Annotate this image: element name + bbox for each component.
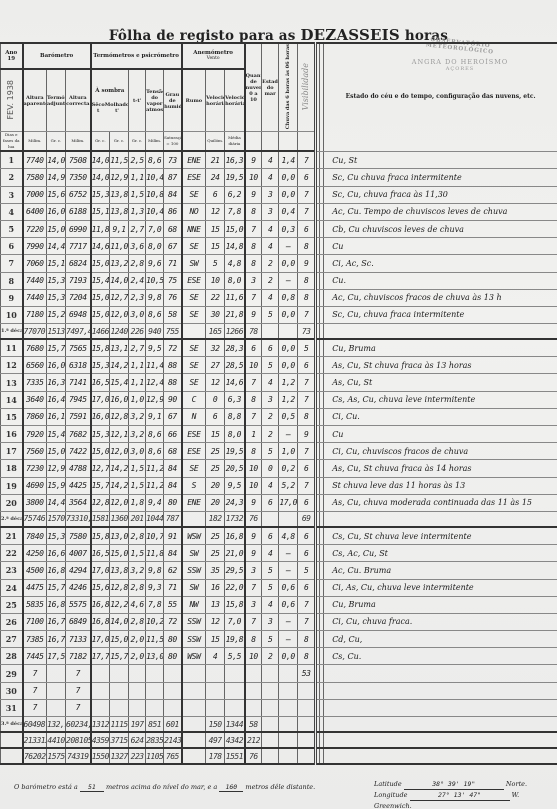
cell-term: 14,4 — [47, 238, 66, 255]
cell-rumo: SE — [182, 186, 206, 203]
cell-mar: 3 — [262, 613, 279, 630]
cell-alt-c: 208105 — [66, 732, 91, 748]
sky-state-remark: Cb, Cu chuviscos leves de chuva — [324, 220, 557, 237]
unit-label: Milím. — [146, 132, 164, 152]
cell-alt-ap: 7335 — [23, 374, 47, 391]
cell-nuv: 7 — [245, 220, 262, 237]
table-row: 297753 — [1, 665, 557, 682]
day-number: 1 — [1, 151, 23, 169]
cell-chuva: 0,0 — [279, 357, 298, 374]
table-row: 24447515,7424615,612,82,89,371SW1622,075… — [1, 579, 557, 596]
unit-label: Média diária — [225, 132, 245, 152]
cell-tdiff: 3,0 — [129, 306, 146, 323]
cell-molh: 1115 — [110, 717, 129, 733]
cell-alt-c: 7580 — [66, 527, 91, 545]
cell-tdiff: 3,0 — [129, 443, 146, 460]
cell-v1: 6 — [206, 408, 225, 425]
cell-nuv: 1 — [245, 426, 262, 443]
cell-mar: 5 — [262, 306, 279, 323]
cell-mar: 4 — [262, 220, 279, 237]
cell-v2: 7,8 — [225, 203, 245, 220]
cell-v1: 5 — [206, 255, 225, 272]
barometer-group-header: Barómetro — [23, 43, 91, 69]
cell-molh: 12,0 — [110, 443, 129, 460]
cell-v2: 6,2 — [225, 186, 245, 203]
cell-rumo: ESE — [182, 272, 206, 289]
cell-rumo — [182, 748, 206, 764]
cell-vis: 7 — [298, 477, 316, 494]
cell-chuva: 0,2 — [279, 460, 298, 477]
cell-mar: 4 — [262, 545, 279, 562]
cell-alt-ap: 7180 — [23, 306, 47, 323]
cell-tdiff — [129, 682, 146, 699]
cell-vis — [298, 699, 316, 716]
cell-v1: 16 — [206, 579, 225, 596]
cell-alt-c: 7508 — [66, 151, 91, 169]
cell-term: 15,3 — [47, 527, 66, 545]
cell-tensao: 10,5 — [146, 272, 164, 289]
cell-vis: 6 — [298, 357, 316, 374]
cell-v2: 28,5 — [225, 357, 245, 374]
sky-state-remark: As, Cu, St — [324, 374, 557, 391]
attached-thermometer-header: Termómetro adjunto — [47, 69, 66, 132]
cell-alt-c: 7717 — [66, 238, 91, 255]
cell-tdiff: 1,5 — [129, 460, 146, 477]
cell-v2: 29,5 — [225, 562, 245, 579]
sky-state-remark — [324, 699, 557, 716]
cell-rumo: SW — [182, 545, 206, 562]
table-row: 19469015,9442515,714,21,511,284S209,5104… — [1, 477, 557, 494]
cell-v1: 178 — [206, 748, 225, 764]
cell-v2: 21,8 — [225, 306, 245, 323]
cell-molh: 13,2 — [110, 255, 129, 272]
day-number: 6 — [1, 238, 23, 255]
cell-molh: 15,7 — [110, 648, 129, 665]
table-row: 18723012,9478812,714,21,511,284SE2520,51… — [1, 460, 557, 477]
cell-v2: 21,0 — [225, 545, 245, 562]
cell-term: 15,2 — [47, 306, 66, 323]
sky-state-remark — [324, 665, 557, 682]
sky-state-remark — [324, 748, 557, 764]
cell-nuv: 10 — [245, 460, 262, 477]
day-number: 9 — [1, 289, 23, 306]
cell-v1: 15 — [206, 220, 225, 237]
day-number: 20 — [1, 494, 23, 511]
cell-nuv — [245, 699, 262, 716]
cell-v2: 14,8 — [225, 238, 245, 255]
day-number: 29 — [1, 665, 23, 682]
table-row: 7706015,1682415,013,22,89,671SW54,8820,0… — [1, 255, 557, 272]
table-row: 10718015,2694815,012,03,08,658SE3021,895… — [1, 306, 557, 323]
cell-v1: 15 — [206, 631, 225, 648]
data-table: Ano 19 Barómetro Termómetros e psicrómet… — [0, 42, 557, 765]
cell-molh: 12,0 — [110, 494, 129, 511]
cell-chuva — [279, 324, 298, 340]
cell-seco: 14,0 — [91, 151, 110, 169]
cell-v1: 182 — [206, 511, 225, 527]
cell-alt-ap: 4475 — [23, 579, 47, 596]
cell-tensao — [146, 682, 164, 699]
cell-seco — [91, 682, 110, 699]
cell-vis: 7 — [298, 391, 316, 408]
cell-vis: 6 — [298, 545, 316, 562]
sky-state-remark: Sc, Cu, chuva fraca às 11,30 — [324, 186, 557, 203]
cell-term: 1570 — [47, 511, 66, 527]
cell-nuv — [245, 665, 262, 682]
decade-label: 2.ª década — [1, 511, 23, 527]
cell-tensao — [146, 665, 164, 682]
cell-alt-ap: 5835 — [23, 596, 47, 613]
day-number: 24 — [1, 579, 23, 596]
cell-chuva: 5,2 — [279, 477, 298, 494]
cell-chuva — [279, 511, 298, 527]
cell-seco: 4359 — [91, 732, 110, 748]
cell-tensao: 10,8 — [146, 186, 164, 203]
cell-v1: 21 — [206, 151, 225, 169]
day-number: 26 — [1, 613, 23, 630]
cell-hum: 68 — [164, 443, 182, 460]
apparent-height-header: Altura aparente — [23, 69, 47, 132]
cell-seco: 15,3 — [91, 426, 110, 443]
cell-molh: 14,0 — [110, 272, 129, 289]
cell-v2: 11,6 — [225, 289, 245, 306]
cell-v1: 150 — [206, 717, 225, 733]
cell-seco: 15,0 — [91, 306, 110, 323]
month-header: FEV. 1938 — [1, 69, 23, 132]
cell-tensao: 7,8 — [146, 596, 164, 613]
cell-tensao: 11,2 — [146, 477, 164, 494]
sky-state-header: Estado do céu e do tempo, configuração d… — [324, 43, 557, 151]
cell-rumo: ENE — [182, 151, 206, 169]
cell-molh: 3715 — [110, 732, 129, 748]
cell-alt-c: 6752 — [66, 186, 91, 203]
day-number: 8 — [1, 272, 23, 289]
cell-v2: 20,5 — [225, 460, 245, 477]
cell-v1: 6 — [206, 186, 225, 203]
cell-seco: 1550 — [91, 748, 110, 764]
cell-v2: 14,6 — [225, 374, 245, 391]
cell-alt-ap: 7440 — [23, 289, 47, 306]
cell-v1: 27 — [206, 357, 225, 374]
cell-alt-ap: 7 — [23, 682, 47, 699]
barometer-distance: 160 — [219, 783, 243, 792]
cell-molh: 13,8 — [110, 203, 129, 220]
cell-molh: 13,8 — [110, 186, 129, 203]
cell-tdiff: 1,8 — [129, 494, 146, 511]
day-number: 17 — [1, 443, 23, 460]
sky-state-remark: Cs, Cu, St chuva leve intermitente — [324, 527, 557, 545]
cell-hum: 601 — [164, 717, 182, 733]
cell-rumo — [182, 732, 206, 748]
cell-seco: 17,0 — [91, 631, 110, 648]
cell-vis: 8 — [298, 631, 316, 648]
table-row: 23450016,8429417,013,83,29,862SSW3529,53… — [1, 562, 557, 579]
cell-seco: 1466 — [91, 324, 110, 340]
cell-alt-c: 6188 — [66, 203, 91, 220]
cell-alt-c: 7141 — [66, 374, 91, 391]
cell-tensao: 12,9 — [146, 391, 164, 408]
table-row: 3177 — [1, 699, 557, 716]
cell-mar: 2 — [262, 408, 279, 425]
cell-tdiff: 2,0 — [129, 631, 146, 648]
wet-header: Molhado t' — [105, 102, 129, 114]
cell-molh: 13,0 — [110, 527, 129, 545]
day-number: 16 — [1, 426, 23, 443]
cell-nuv: 76 — [245, 748, 262, 764]
cell-v2: 28,3 — [225, 339, 245, 357]
cell-v2: 19,8 — [225, 631, 245, 648]
sky-state-remark: Ci, Cu, chuva fraca. — [324, 613, 557, 630]
cell-alt-ap: 7860 — [23, 408, 47, 425]
cell-alt-ap: 7990 — [23, 238, 47, 255]
cell-rumo: SSW — [182, 613, 206, 630]
cell-alt-ap: 7440 — [23, 272, 47, 289]
cell-alt-ap: 213315 — [23, 732, 47, 748]
cell-alt-c: 73310,2 — [66, 511, 91, 527]
cell-seco: 15,6 — [91, 579, 110, 596]
day-number: 23 — [1, 562, 23, 579]
cell-seco: 15,1 — [91, 203, 110, 220]
cell-nuv: 8 — [245, 238, 262, 255]
cell-term: 16,4 — [47, 391, 66, 408]
cell-tensao: 9,1 — [146, 408, 164, 425]
cell-molh: 16,0 — [110, 391, 129, 408]
shade-header: À sombra Sêco t Molhado t' — [91, 69, 129, 132]
cell-vis: 7 — [298, 374, 316, 391]
cell-alt-ap: 4500 — [23, 562, 47, 579]
cell-nuv: 6 — [245, 339, 262, 357]
sky-state-remark: Cu, Bruma — [324, 596, 557, 613]
cell-hum — [164, 699, 182, 716]
cell-chuva: — — [279, 613, 298, 630]
cell-rumo — [182, 324, 206, 340]
cell-hum: 55 — [164, 596, 182, 613]
cell-term: 17,5 — [47, 648, 66, 665]
cell-v2: 6,3 — [225, 391, 245, 408]
cell-mar: 4 — [262, 169, 279, 186]
sky-state-remark: As, Cu, chuva moderada continuada das 11… — [324, 494, 557, 511]
sky-state-remark: Cu, St — [324, 151, 557, 169]
decade-label: 1.ª década — [1, 324, 23, 340]
cell-nuv: 9 — [245, 186, 262, 203]
cell-v1: 0 — [206, 391, 225, 408]
cell-seco: 11,8 — [91, 220, 110, 237]
table-row: 5722015,0699011,89,12,77,068NNE1515,0740… — [1, 220, 557, 237]
cell-mar — [262, 324, 279, 340]
cell-tensao: 10,4 — [146, 203, 164, 220]
day-number: 19 — [1, 477, 23, 494]
cell-hum: 71 — [164, 579, 182, 596]
cell-tdiff: 624 — [129, 732, 146, 748]
cell-tdiff: 2,3 — [129, 289, 146, 306]
cell-chuva: 0,4 — [279, 203, 298, 220]
cell-hum: 88 — [164, 357, 182, 374]
cell-nuv: 9 — [245, 527, 262, 545]
coordinates: Latitude 38° 39' 19" Norte. Longitude 27… — [374, 779, 554, 809]
cell-tensao: 12,4 — [146, 374, 164, 391]
table-row: 9744015,3720415,012,72,39,876SE2211,6740… — [1, 289, 557, 306]
table-row: 14364016,4794517,016,01,012,990C06,3831,… — [1, 391, 557, 408]
cell-tensao: 10,4 — [146, 169, 164, 186]
cell-tdiff: 2,0 — [129, 648, 146, 665]
cell-molh: 12,8 — [110, 579, 129, 596]
cell-chuva: 0,0 — [279, 648, 298, 665]
cell-rumo: WSW — [182, 527, 206, 545]
cell-seco: 16,8 — [91, 596, 110, 613]
cell-term: 15,9 — [47, 477, 66, 494]
cell-alt-c: 7182 — [66, 648, 91, 665]
cell-vis: 6 — [298, 460, 316, 477]
cell-chuva — [279, 682, 298, 699]
table-row: 25583516,8557516,812,24,67,855NW1315,834… — [1, 596, 557, 613]
table-row: 4640016,0618815,113,81,310,486NO127,8830… — [1, 203, 557, 220]
cell-mar — [262, 699, 279, 716]
cell-vis: 8 — [298, 408, 316, 425]
day-number: 4 — [1, 203, 23, 220]
table-row: 2758014,9735014,012,91,110,487ESE2419,51… — [1, 169, 557, 186]
cell-rumo: C — [182, 391, 206, 408]
cell-hum: 80 — [164, 631, 182, 648]
cell-term: 1513 — [47, 324, 66, 340]
cell-v1: 12 — [206, 613, 225, 630]
cell-alt-ap: 6560 — [23, 357, 47, 374]
cell-rumo — [182, 682, 206, 699]
cell-hum: 68 — [164, 220, 182, 237]
cell-term — [47, 699, 66, 716]
cell-hum: 90 — [164, 391, 182, 408]
cell-alt-ap: 4690 — [23, 477, 47, 494]
cell-mar: 4 — [262, 596, 279, 613]
cell-v1: 20 — [206, 494, 225, 511]
cell-alt-ap: 7740 — [23, 151, 47, 169]
cell-mar — [262, 511, 279, 527]
day-number: 28 — [1, 648, 23, 665]
cell-term: 16,0 — [47, 203, 66, 220]
cell-mar — [262, 732, 279, 748]
cell-tdiff: 1,1 — [129, 169, 146, 186]
cell-vis: 7 — [298, 443, 316, 460]
cell-v2: 4,8 — [225, 255, 245, 272]
cell-v1: 25 — [206, 545, 225, 562]
cell-v2: 1266 — [225, 324, 245, 340]
cell-alt-ap: 6400 — [23, 203, 47, 220]
day-header: Dias e fases da lua — [1, 132, 23, 152]
cell-chuva: 0,3 — [279, 220, 298, 237]
cell-tensao: 1105 — [146, 748, 164, 764]
table-row: 15786016,1759116,012,83,29,167N68,8720,5… — [1, 408, 557, 425]
cell-nuv: 7 — [245, 579, 262, 596]
cell-hum: 80 — [164, 648, 182, 665]
cell-alt-c: 6318 — [66, 357, 91, 374]
table-row: 11768015,7756515,813,12,79,572SE3228,366… — [1, 339, 557, 357]
cell-alt-ap: 4250 — [23, 545, 47, 562]
cell-tdiff: 2,5 — [129, 151, 146, 169]
cell-chuva: 1,2 — [279, 391, 298, 408]
cell-tensao: 11,5 — [146, 631, 164, 648]
cell-v2 — [225, 665, 245, 682]
cell-chuva: — — [279, 545, 298, 562]
cell-hum: 66 — [164, 426, 182, 443]
day-number: 13 — [1, 374, 23, 391]
unit-label: Saturação = 100 — [164, 132, 182, 152]
cell-seco: 16,0 — [91, 408, 110, 425]
cell-chuva: 0,0 — [279, 306, 298, 323]
cell-alt-ap: 7230 — [23, 460, 47, 477]
cell-hum: 84 — [164, 186, 182, 203]
unit-label — [262, 132, 279, 152]
cell-term: 16,1 — [47, 408, 66, 425]
cell-seco: 12,8 — [91, 494, 110, 511]
day-number: 25 — [1, 596, 23, 613]
cell-v1: 32 — [206, 339, 225, 357]
table-row: 16792015,4768215,312,13,28,666ESE158,012… — [1, 426, 557, 443]
cell-chuva: — — [279, 238, 298, 255]
cell-term: 14,0 — [47, 151, 66, 169]
cell-tensao: 9,3 — [146, 579, 164, 596]
cell-v1: 15 — [206, 426, 225, 443]
cell-alt-ap: 7100 — [23, 613, 47, 630]
day-number: 2 — [1, 169, 23, 186]
cell-alt-c: 7565 — [66, 339, 91, 357]
cell-mar: 5 — [262, 562, 279, 579]
cell-chuva — [279, 699, 298, 716]
cell-mar: 2 — [262, 255, 279, 272]
cell-rumo: ESE — [182, 426, 206, 443]
register-sheet: Fôlha de registo para as DEZASSEIS horas… — [0, 0, 557, 809]
cell-seco: 15,3 — [91, 357, 110, 374]
cell-rumo — [182, 717, 206, 733]
cell-vis: 7 — [298, 596, 316, 613]
cell-vis: 53 — [298, 665, 316, 682]
cell-rumo: ENE — [182, 494, 206, 511]
cell-term: 15,3 — [47, 289, 66, 306]
sky-state-remark: St chuva leve das 11 horas às 13 — [324, 477, 557, 494]
t-diff-header: t-t' — [129, 69, 146, 132]
cell-mar: 5 — [262, 357, 279, 374]
sky-state-remark: Ac, Cu, chuviscos fracos de chuva às 13 … — [324, 289, 557, 306]
day-number: 12 — [1, 357, 23, 374]
cell-vis: 5 — [298, 339, 316, 357]
cell-tensao: 8,6 — [146, 443, 164, 460]
cell-molh: 13,8 — [110, 562, 129, 579]
cell-rumo — [182, 511, 206, 527]
cell-molh: 12,0 — [110, 306, 129, 323]
cell-molh: 1240 — [110, 324, 129, 340]
cell-v1: 12 — [206, 374, 225, 391]
corrected-height-header: Altura correcta — [66, 69, 91, 132]
cell-tdiff: 1,0 — [129, 391, 146, 408]
cell-v1 — [206, 699, 225, 716]
cell-v2: 15,0 — [225, 220, 245, 237]
table-row: 20380014,4356412,812,01,89,480ENE2024,39… — [1, 494, 557, 511]
cell-molh: 15,0 — [110, 631, 129, 648]
cell-seco: 15,0 — [91, 443, 110, 460]
cell-vis: 6 — [298, 494, 316, 511]
cell-nuv: 10 — [245, 477, 262, 494]
cell-term: 14,9 — [47, 169, 66, 186]
cell-rumo: WSW — [182, 648, 206, 665]
cell-mar: 4 — [262, 151, 279, 169]
cell-alt-ap: 7060 — [23, 255, 47, 272]
cell-alt-ap: 7000 — [23, 186, 47, 203]
cell-vis: 7 — [298, 613, 316, 630]
cell-v1: 22 — [206, 289, 225, 306]
cell-alt-c: 5575 — [66, 596, 91, 613]
cell-tdiff: 1,1 — [129, 357, 146, 374]
cell-v2: 5,5 — [225, 648, 245, 665]
cell-v2: 9,5 — [225, 477, 245, 494]
day-number: 22 — [1, 545, 23, 562]
